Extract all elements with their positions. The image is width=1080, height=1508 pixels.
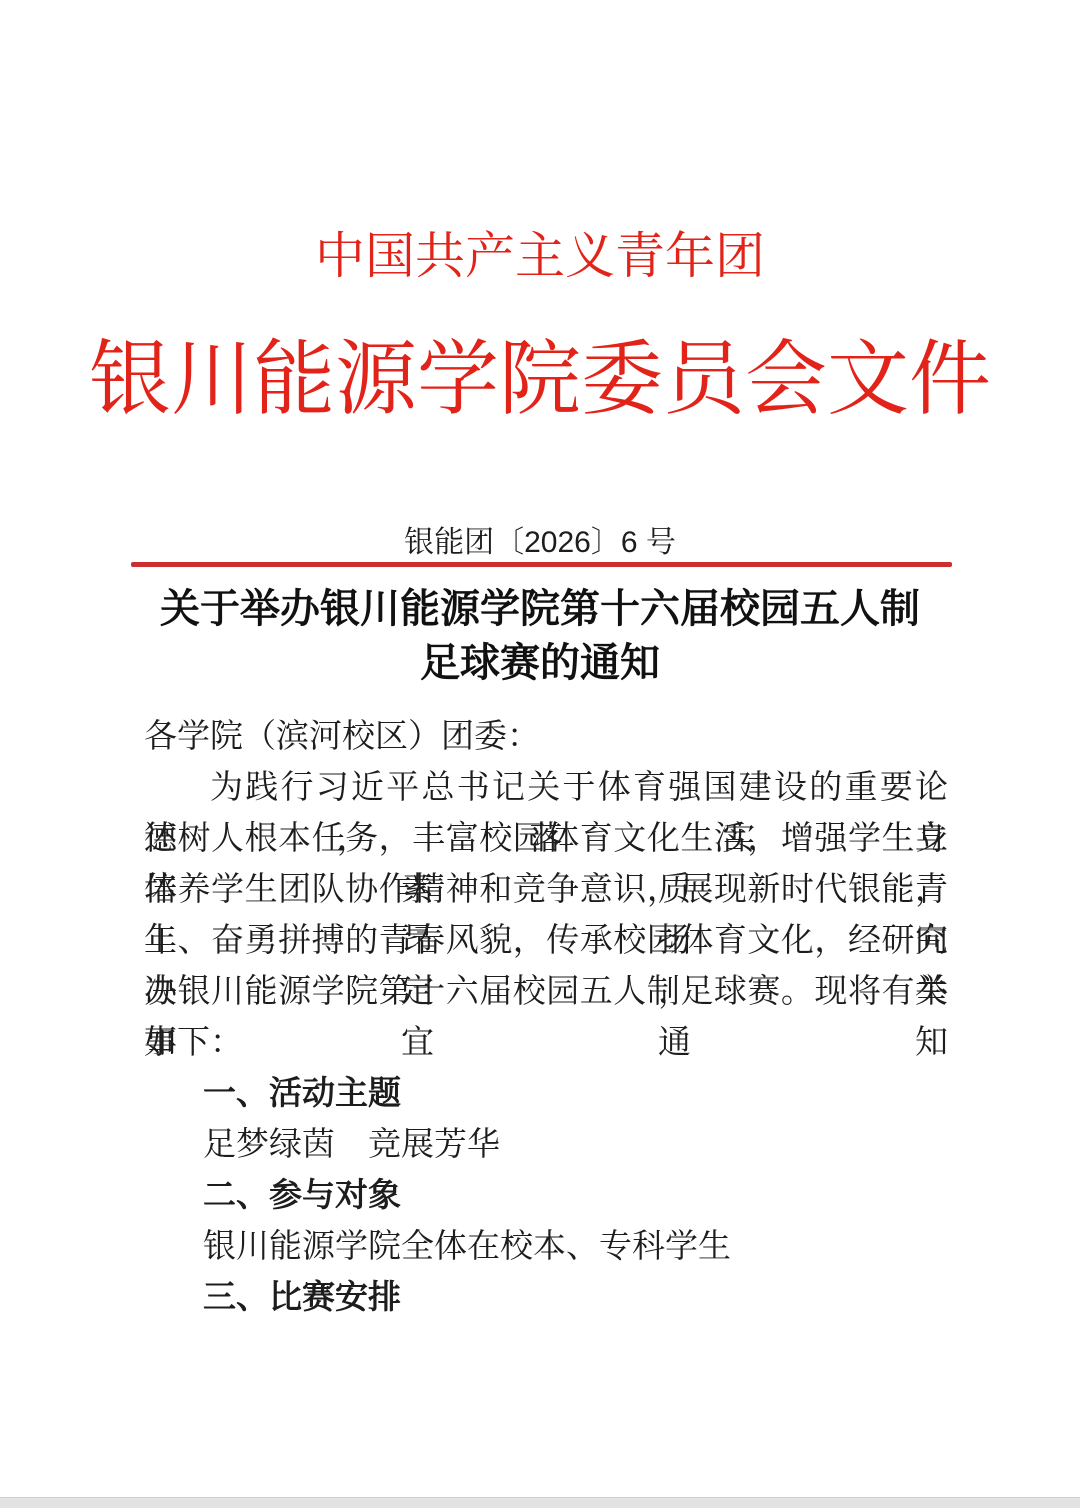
- paragraph-line: 为践行习近平总书记关于体育强国建设的重要论述，落实立: [144, 761, 948, 812]
- paragraph-line: 培养学生团队协作精神和竞争意识，展现新时代银能青年昂扬向: [144, 863, 948, 914]
- paragraph-line: 上、奋勇拼搏的青春风貌，传承校园体育文化，经研究决定，举: [144, 914, 948, 965]
- section-heading-3: 三、比赛安排: [144, 1271, 948, 1322]
- document-title: 关于举办银川能源学院第十六届校园五人制 足球赛的通知: [0, 582, 1080, 690]
- paragraph-line: 德树人根本任务，丰富校园体育文化生活，增强学生身体素质，: [144, 812, 948, 863]
- document-page: 中国共产主义青年团 银川能源学院委员会文件 银能团〔2026〕6 号 关于举办银…: [0, 0, 1080, 1508]
- greeting-line: 各学院（滨河校区）团委：: [144, 710, 948, 761]
- section-heading-1: 一、活动主题: [144, 1067, 948, 1118]
- document-title-line-2: 足球赛的通知: [0, 636, 1080, 690]
- section-content-participants: 银川能源学院全体在校本、专科学生: [144, 1220, 948, 1271]
- paragraph-line: 办银川能源学院第十六届校园五人制足球赛。现将有关事宜通知: [144, 965, 948, 1016]
- document-number: 银能团〔2026〕6 号: [0, 526, 1080, 560]
- section-heading-2: 二、参与对象: [144, 1169, 948, 1220]
- document-body: 各学院（滨河校区）团委： 为践行习近平总书记关于体育强国建设的重要论述，落实立 …: [144, 710, 948, 1322]
- section-content-theme: 足梦绿茵 竞展芳华: [144, 1118, 948, 1169]
- document-title-line-1: 关于举办银川能源学院第十六届校园五人制: [0, 582, 1080, 636]
- org-name-heading: 中国共产主义青年团: [0, 228, 1080, 284]
- committee-document-heading: 银川能源学院委员会文件: [0, 336, 1080, 424]
- red-separator-line: [131, 562, 952, 567]
- page-bottom-edge: [0, 1497, 1080, 1508]
